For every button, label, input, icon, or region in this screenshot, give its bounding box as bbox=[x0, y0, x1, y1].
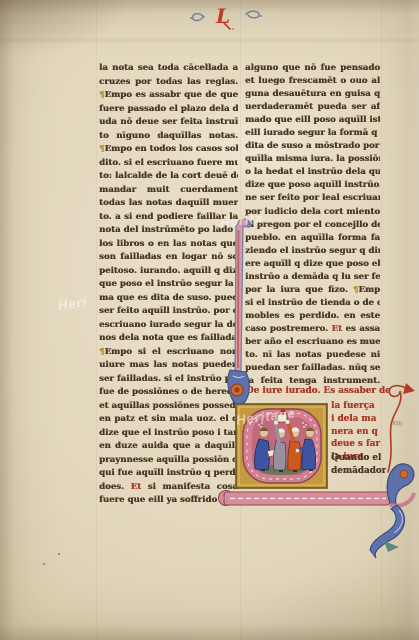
text-run: por iudicio dela cort miento bbox=[245, 207, 380, 217]
hand bbox=[286, 420, 290, 424]
text-run: la fuerça bbox=[331, 401, 375, 411]
text-run: Emp bbox=[358, 285, 380, 295]
watermark: Heri bbox=[57, 294, 88, 312]
text-line: pueblo. en aquīlla forma fa bbox=[245, 232, 380, 245]
text-run: dita de suso a mōstrado por a bbox=[245, 141, 380, 151]
flourish-line bbox=[388, 386, 408, 472]
text-run: mobles es perdido. en este bbox=[245, 311, 380, 321]
text-line: guna desauētura en guisa q bbox=[245, 88, 380, 101]
text-line: son failladas en logar nō so bbox=[99, 251, 238, 265]
text-run: en patz et sin mala uoz. el q bbox=[99, 414, 238, 424]
blue-dot bbox=[190, 17, 192, 19]
text-line: cruzes por todas las reglas. bbox=[99, 76, 238, 90]
text-line: uiure mas las notas pueden bbox=[99, 359, 238, 373]
text-run: si el instrūo de tienda o de cosas bbox=[245, 298, 380, 308]
text-run: deue s far bbox=[331, 439, 380, 449]
text-run: dize que el instrūo poso i tam bbox=[99, 428, 238, 438]
text-line: dito. si el escriuano fuere muer bbox=[99, 157, 238, 171]
text-line: et luego frescamēt o ouo al bbox=[245, 75, 380, 88]
folio-letter: L bbox=[215, 4, 230, 28]
text-run: mado que eill poso aquīll istrūo bbox=[245, 115, 380, 125]
text-run: eill iurado segur la formā q es bbox=[245, 128, 380, 138]
text-line: dize que poso aquīll instrūo. de bbox=[245, 179, 380, 192]
text-line: uda nō deue ser feita instruī bbox=[99, 116, 238, 130]
rubricated-word: Et bbox=[131, 482, 142, 492]
text-run: fuere passado el plazo dela de bbox=[99, 104, 238, 114]
text-line: ¶Empo es assabr que de que bbox=[99, 89, 238, 103]
text-line: ere aquīll q dize que poso el bbox=[245, 258, 380, 271]
text-run: nota del instrūmēto po lado en bbox=[99, 225, 238, 235]
text-line: o la hedat el instrūo dela qual bbox=[245, 166, 380, 179]
text-run: guna desauētura en guisa q bbox=[245, 89, 380, 99]
text-line: uerdaderamēt pueda ser af bbox=[245, 101, 380, 114]
text-line: puedan ser failladas. nūq se bbox=[245, 362, 380, 375]
arrowhead-icon bbox=[403, 383, 415, 394]
text-line: ne ser feito por leal escriuano bbox=[245, 192, 380, 205]
text-line: ziendo el instrūo segur q diri bbox=[245, 245, 380, 258]
text-run: uda nō deue ser feita instruī bbox=[99, 117, 238, 127]
text-run: et luego frescamēt o ouo al bbox=[245, 76, 380, 86]
text-line: mado que eill poso aquīll istrūo bbox=[245, 114, 380, 127]
text-run: nos dela nota que es faillada. bbox=[99, 333, 238, 343]
text-line: deue s far bbox=[331, 438, 383, 451]
text-line: por la iura que fizo. ¶Emp bbox=[245, 284, 380, 297]
text-line: dize que el instrūo poso i tam bbox=[99, 427, 238, 441]
text-line: instrūo a demāda q lu ser feito bbox=[245, 271, 380, 284]
cadel-red-line bbox=[238, 230, 239, 368]
inter-column-cadel bbox=[224, 214, 258, 414]
text-run: uiure mas las notas pueden bbox=[99, 360, 238, 370]
text-run: does. bbox=[99, 482, 131, 492]
text-run: cruzes por todas las reglas. bbox=[99, 77, 238, 87]
text-run: mandar muit cuerdament bbox=[99, 185, 238, 195]
text-line: por iudicio dela cort miento bbox=[245, 206, 380, 219]
descender-curl bbox=[370, 505, 405, 558]
red-pen-flourish bbox=[378, 380, 419, 480]
text-line: en patz et sin mala uoz. el q bbox=[99, 413, 238, 427]
oath-book bbox=[277, 414, 287, 422]
text-run: ber año el escriuano es muer bbox=[245, 337, 380, 347]
text-run: pueblo. en aquīlla forma fa bbox=[245, 233, 380, 243]
text-run: dito. si el escriuano fuere muer bbox=[99, 158, 238, 168]
text-run: Empo es assabr que de que bbox=[104, 90, 238, 100]
text-line: quīlla misma iura. la possiōn bbox=[245, 153, 380, 166]
text-line: escriuano iurado segur la de bbox=[99, 319, 238, 333]
text-line: dita de suso a mōstrado por a bbox=[245, 140, 380, 153]
blue-squiggle-icon bbox=[193, 14, 204, 21]
text-line: todas las notas daquīll muer bbox=[99, 197, 238, 211]
dot bbox=[232, 28, 234, 30]
hand bbox=[296, 449, 300, 453]
text-run: dize que poso aquīll instrūo. de bbox=[245, 180, 380, 190]
text-run: o la hedat el instrūo dela qual bbox=[245, 167, 380, 177]
ink-speck bbox=[58, 553, 60, 555]
text-line: en duze auida que a daquīll bbox=[99, 440, 238, 454]
rubricated-word: Et bbox=[331, 324, 342, 334]
text-line: alguno que nō fue pensado bbox=[245, 62, 380, 75]
text-run: quīlla misma iura. la possiōn bbox=[245, 154, 380, 164]
text-line: ¶Empo si el escriuano non bbox=[99, 346, 238, 360]
text-run: en duze auida que a daquīll bbox=[99, 441, 238, 451]
text-line: que poso el instrūo segur la for bbox=[99, 278, 238, 292]
text-run: to nīguno daquīllas notas. bbox=[99, 131, 238, 141]
text-line: to. a si end podiere faillar la bbox=[99, 211, 238, 225]
text-column-right: alguno que nō fue pensadoet luego fresca… bbox=[245, 62, 380, 388]
text-run: uerdaderamēt pueda ser af bbox=[245, 102, 380, 112]
text-line: peitoso. iurando. aquīll q dize bbox=[99, 265, 238, 279]
text-run: et aquīllas possiōnes possedere bbox=[99, 401, 238, 411]
text-line: la nota sea toda cācellada a bbox=[99, 62, 238, 76]
text-line: fue de possiōnes o de heredades bbox=[99, 386, 238, 400]
text-line: to. nī las notas puedese ni bbox=[245, 349, 380, 362]
text-run: to. a si end podiere faillar la bbox=[99, 212, 238, 222]
text-column-left: la nota sea toda cācellada acruzes por t… bbox=[99, 62, 238, 508]
text-run: Empo si el escriuano non bbox=[104, 347, 238, 357]
manuscript-page: L la nota sea toda cācellada acruzes por… bbox=[0, 0, 419, 640]
text-run: son failladas en logar nō so bbox=[99, 252, 238, 262]
text-line: la fuerça bbox=[331, 400, 383, 413]
text-run: escriuano iurado segur la de bbox=[99, 320, 238, 330]
margin-note: xm bbox=[391, 418, 403, 427]
text-line: caso postremero. Et es assa bbox=[245, 323, 380, 336]
blue-squiggle-icon bbox=[246, 11, 259, 18]
text-run: peitoso. iurando. aquīll q dize bbox=[99, 266, 238, 276]
folio-mark: L bbox=[188, 2, 264, 32]
text-run: ne ser feito por leal escriuano bbox=[245, 193, 380, 203]
text-run: nera en q bbox=[331, 427, 378, 437]
text-line: los libros o en las notas que bbox=[99, 238, 238, 252]
text-line: ber año el escriuano es muer bbox=[245, 336, 380, 349]
text-run: la feita tenga instrument. bbox=[245, 376, 380, 386]
text-run: instrūo a demāda q lu ser feito bbox=[245, 272, 380, 282]
text-run: los libros o en las notas que bbox=[99, 239, 238, 249]
ink-speck bbox=[43, 563, 45, 565]
text-run: la nota sea toda cācellada a bbox=[99, 63, 238, 73]
text-run: ser failladas. si el instrūo poida bbox=[99, 374, 238, 384]
text-line: mobles es perdido. en este bbox=[245, 310, 380, 323]
rubric-heading: De iure iurado. Es assaber de bbox=[246, 386, 392, 396]
text-line: ma que es dita de suso. puede bbox=[99, 292, 238, 306]
text-line: eill iurado segur la formā q es bbox=[245, 127, 380, 140]
text-run: i dela ma bbox=[331, 414, 376, 424]
text-run: puedan ser failladas. nūq se bbox=[245, 363, 380, 373]
text-run: el pregon por el concejllo del bbox=[245, 220, 380, 230]
blue-dot bbox=[260, 15, 262, 17]
text-line: nera en q bbox=[331, 426, 383, 439]
ruling-line bbox=[96, 0, 97, 640]
text-line: et aquīllas possiōnes possedere bbox=[99, 400, 238, 414]
dragon-eye bbox=[235, 388, 240, 393]
text-run: por la iura que fizo. bbox=[245, 285, 353, 295]
text-line: ser feito aquīll instrūo. por otro bbox=[99, 305, 238, 319]
text-line: nota del instrūmēto po lado en bbox=[99, 224, 238, 238]
text-line: fuere passado el plazo dela de bbox=[99, 103, 238, 117]
leaf-terminal bbox=[384, 541, 399, 552]
text-run: es assa bbox=[342, 324, 380, 334]
text-run: todas las notas daquīll muer bbox=[99, 198, 238, 208]
text-line: to: lalcalde de la cort deuē de bbox=[99, 170, 238, 184]
text-run: to. nī las notas puedese ni bbox=[245, 350, 380, 360]
text-run: ere aquīll q dize que poso el bbox=[245, 259, 380, 269]
text-line: mandar muit cuerdament bbox=[99, 184, 238, 198]
text-line: el pregon por el concejllo del bbox=[245, 219, 380, 232]
text-run: fue de possiōnes o de heredades bbox=[99, 387, 238, 397]
text-run: ma que es dita de suso. puede bbox=[99, 293, 238, 303]
text-run: Empo en todos los casos sob bbox=[104, 144, 238, 154]
cadel-bar bbox=[235, 219, 249, 372]
text-run: que poso el instrūo segur la for bbox=[99, 279, 238, 289]
text-run: ser feito aquīll instrūo. por otro bbox=[99, 306, 238, 316]
text-line: si el instrūo de tienda o de cosas bbox=[245, 297, 380, 310]
text-run: to: lalcalde de la cort deuē de bbox=[99, 171, 238, 181]
text-run: alguno que nō fue pensado bbox=[245, 63, 380, 73]
hand bbox=[274, 421, 278, 425]
text-line: nos dela nota que es faillada. bbox=[99, 332, 238, 346]
text-line: to nīguno daquīllas notas. bbox=[99, 130, 238, 144]
text-line: ¶Empo en todos los casos sob bbox=[99, 143, 238, 157]
text-line: i dela ma bbox=[331, 413, 383, 426]
text-run: ziendo el instrūo segur q diri bbox=[245, 246, 380, 256]
text-line: ser failladas. si el instrūo poida bbox=[99, 373, 238, 387]
